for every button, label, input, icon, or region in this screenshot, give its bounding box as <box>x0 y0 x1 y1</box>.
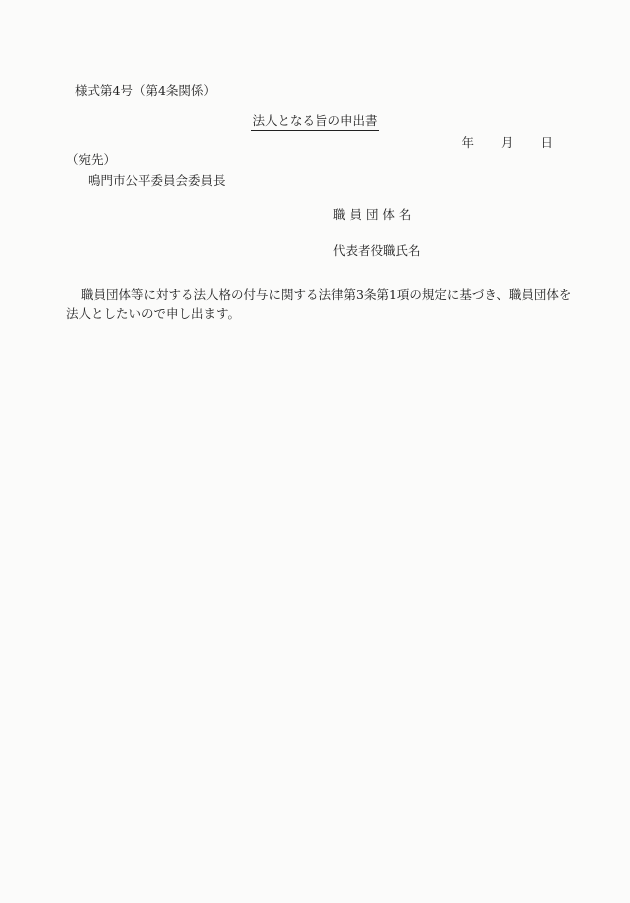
date-line: 年 月 日 <box>461 137 553 150</box>
document-title-row: 法人となる旨の申出書 <box>0 115 630 131</box>
form-number: 様式第4号（第4条関係） <box>75 85 216 98</box>
body-line-2: 法人としたいので申し出ます。 <box>66 305 572 324</box>
representative-label: 代表者役職氏名 <box>333 245 421 258</box>
date-year-label: 年 <box>461 137 474 150</box>
addressee-label: （宛先） <box>66 154 116 167</box>
date-day-label: 日 <box>540 137 553 150</box>
body-paragraph: 職員団体等に対する法人格の付与に関する法律第3条第1項の規定に基づき、職員団体を… <box>66 286 572 323</box>
addressee-name: 鳴門市公平委員会委員長 <box>88 175 226 188</box>
body-line-1: 職員団体等に対する法人格の付与に関する法律第3条第1項の規定に基づき、職員団体を <box>66 286 572 305</box>
document-page: 様式第4号（第4条関係） 法人となる旨の申出書 年 月 日 （宛先） 鳴門市公平… <box>0 0 630 903</box>
date-month-label: 月 <box>501 137 514 150</box>
document-title: 法人となる旨の申出書 <box>251 115 378 131</box>
org-name-label: 職 員 団 体 名 <box>333 209 411 222</box>
